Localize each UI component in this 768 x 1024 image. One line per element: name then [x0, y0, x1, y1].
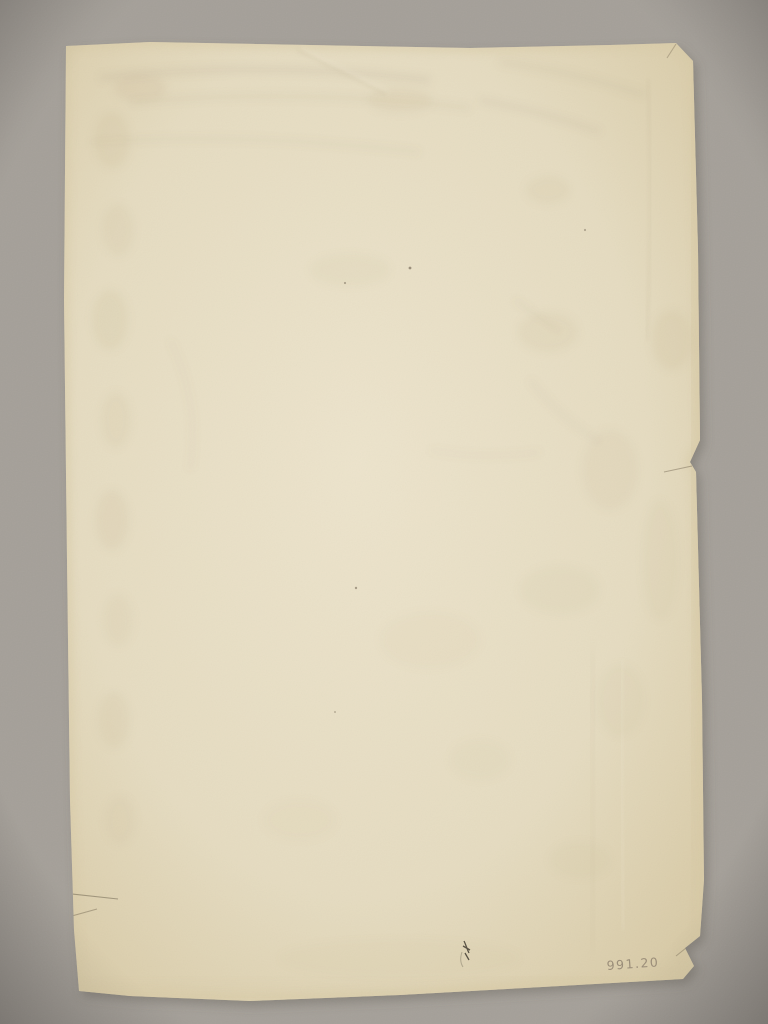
artwork-verso-photo: 991.20: [0, 0, 768, 1024]
vignette-overlay: [0, 0, 768, 1024]
photo-scene: 991.20: [0, 0, 768, 1024]
